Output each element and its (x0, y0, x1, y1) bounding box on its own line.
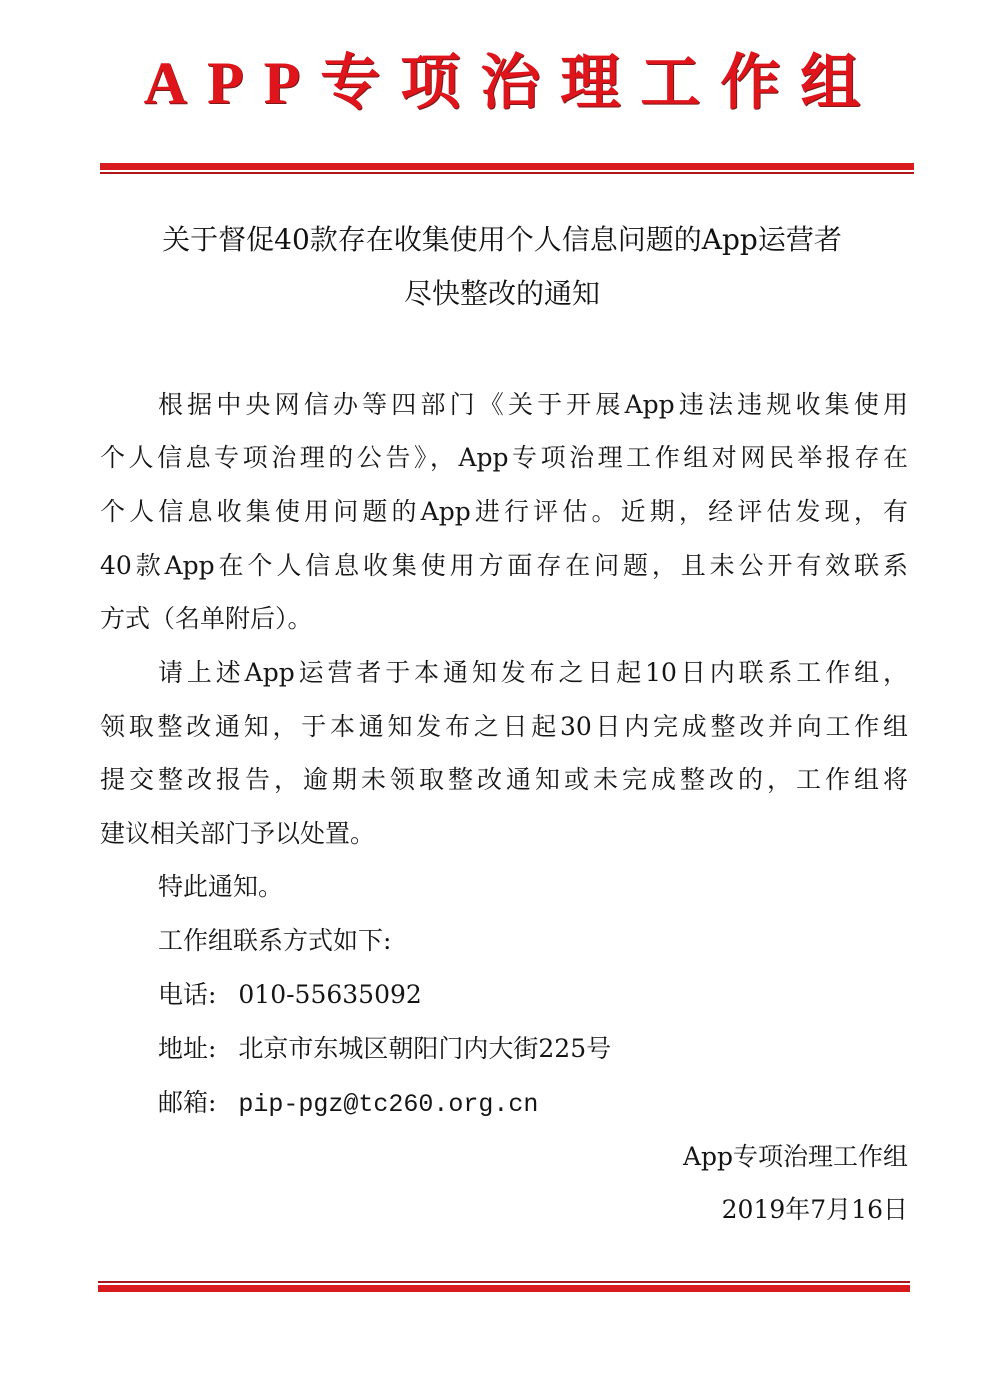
paragraph-1-line: 个人信息专项治理的公告》，App专项治理工作组对网民举报存在 (100, 443, 908, 473)
signature-date: 2019年7月16日 (722, 1195, 908, 1225)
notice-title-line-1: 关于督促40款存在收集使用个人信息问题的App运营者 (0, 212, 1004, 268)
header-divider-thick (100, 163, 914, 170)
email-value: pip-pgz@tc260.org.cn (238, 1090, 538, 1119)
paragraph-1-line: 方式（名单附后）。 (100, 604, 908, 634)
paragraph-2-line: 建议相关部门予以处置。 (100, 819, 908, 849)
address-value: 北京市东城区朝阳门内大街225号 (238, 1034, 611, 1063)
signature-issuer: App专项治理工作组 (683, 1142, 908, 1172)
footer-divider-thin (98, 1281, 910, 1283)
paragraph-2-line: 请上述App运营者于本通知发布之日起10日内联系工作组， (158, 658, 908, 688)
phone-number: 010-55635092 (238, 980, 421, 1009)
paragraph-2-line: 领取整改通知，于本通知发布之日起30日内完成整改并向工作组 (100, 712, 908, 742)
footer-divider-thick (98, 1285, 910, 1292)
contact-heading: 工作组联系方式如下: (158, 926, 391, 956)
notice-title-line-2: 尽快整改的通知 (0, 266, 1004, 322)
paragraph-1-line: 根据中央网信办等四部门《关于开展App违法违规收集使用 (158, 390, 908, 420)
email-label: 邮箱: (158, 1088, 216, 1117)
masthead-title: APP专项治理工作组 (0, 48, 1004, 118)
paragraph-1-line: 个人信息收集使用问题的App进行评估。近期，经评估发现，有 (100, 497, 908, 527)
closing-remark: 特此通知。 (158, 872, 283, 902)
address-label: 地址: (158, 1034, 216, 1063)
contact-phone-row: 电话: 010-55635092 (158, 980, 422, 1010)
phone-label: 电话: (158, 980, 216, 1009)
paragraph-2-line: 提交整改报告，逾期未领取整改通知或未完成整改的，工作组将 (100, 765, 908, 795)
paragraph-1-line: 40款App在个人信息收集使用方面存在问题，且未公开有效联系 (100, 551, 908, 581)
contact-address-row: 地址: 北京市东城区朝阳门内大街225号 (158, 1034, 611, 1064)
contact-email-row: 邮箱: pip-pgz@tc260.org.cn (158, 1088, 538, 1120)
header-divider-thin (100, 172, 914, 174)
